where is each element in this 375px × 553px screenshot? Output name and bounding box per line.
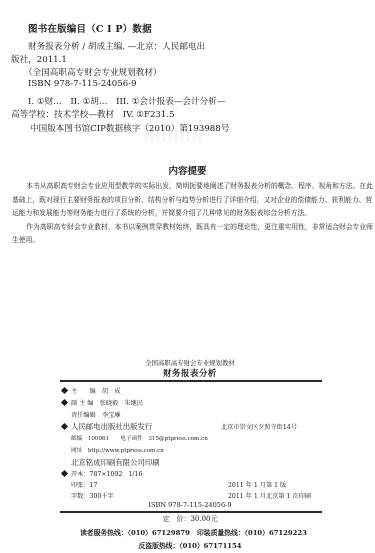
summary-paragraph-1: 本书从高职高专财会专业应用型教学的实际出发，简明扼要地阐述了财务报表分析的概念、… [12, 180, 374, 221]
responsible-label: 责任编辑 [71, 412, 96, 419]
email-label: 电子函件 [120, 436, 142, 442]
colophon-publisher-row: 人民邮电出版社出版发行 [62, 421, 152, 432]
price: 定 价：30.00元 [60, 514, 320, 524]
responsible-editor: 李宝琳 [102, 412, 121, 419]
colophon-series: 全国高职高专财会专业规划教材 [60, 358, 320, 367]
summary-body: 本书从高职高专财会专业应用型教学的实际出发，简明扼要地阐述了财务报表分析的概念、… [12, 180, 374, 248]
colophon-deputy-row: 副 主 编 张晓毅 朱继民 [62, 398, 143, 407]
colophon-top-rule [60, 380, 322, 382]
diamond-bullet-icon [61, 422, 68, 429]
postcode-label: 邮编 [71, 436, 82, 442]
colophon-isbn: ISBN 978-7-115-24056-9 [60, 501, 320, 509]
edition: 2011 年 1 月第 1 版 [228, 480, 286, 489]
colophon-book-title: 财务报表分析 [60, 367, 320, 379]
diamond-bullet-icon [61, 387, 68, 394]
colophon-web-row: 网址 http://www.ptpress.com.cn [71, 446, 164, 454]
print-quality-hotline: 印装质量热线：（010）67129223 [197, 527, 307, 537]
summary-title: 内容提要 [0, 163, 375, 177]
colophon-editor-row: 主 编 胡 成 [62, 386, 121, 395]
email: 315@ptpress.com.cn [148, 436, 208, 442]
cip-line-isbn: ISBN 978-7-115-24056-9 [28, 79, 137, 89]
publisher-address: 北京市崇文区夕照寺街14号 [221, 422, 297, 431]
editor-name: 胡 成 [102, 388, 121, 395]
cip-line-series: （全国高职高专财会专业规划教材） [24, 66, 162, 78]
web-label: 网址 [71, 448, 82, 454]
faint-stamp-mark [145, 128, 205, 142]
diamond-bullet-icon [61, 470, 68, 477]
cip-heading: 图书在版编目（C I P）数据 [28, 21, 152, 35]
diamond-bullet-icon [61, 399, 68, 406]
postcode: 100061 [88, 436, 109, 442]
colophon-contact-row: 邮编 100061 电子函件 315@ptpress.com.cn [71, 434, 208, 442]
cip-line-classification: I. ①财… II. ①胡… III. ①会计报表—会计分析— [28, 95, 225, 107]
web-address: http://www.ptpress.com.cn [88, 448, 164, 454]
reader-hotline: 读者服务热线：（010）67129879 [80, 527, 190, 537]
cip-line-title: 财务报表分析 / 胡成主编. —北京：人民邮电出 [28, 40, 205, 52]
deputy-names: 张晓毅 朱继民 [100, 400, 143, 407]
summary-paragraph-2: 作为高职高专财会专业教材，本书以案例贯穿教材始终，既具有一定的理论性，更注重实用… [12, 221, 374, 248]
word-count: 字数：300千字 [71, 491, 114, 500]
cip-line-publisher: 版社，2011.1 [11, 53, 67, 65]
colophon-format-row: 开本：787×1092 1/16 [62, 469, 142, 478]
sheets: 印张：17 [71, 480, 97, 489]
printing: 2011 年 1 月北京第 1 次印刷 [228, 491, 311, 500]
editor-label: 主 编 [71, 388, 96, 395]
publisher: 人民邮电出版社出版发行 [71, 422, 152, 431]
format: 开本：787×1092 1/16 [71, 471, 142, 478]
anti-piracy-hotline: 反盗版热线：（010）67171154 [60, 540, 320, 550]
colophon-bottom-rule [60, 511, 322, 513]
printer: 北京铭成印刷有限公司印刷 [71, 457, 160, 468]
deputy-label: 副 主 编 [71, 400, 94, 407]
cip-line-classification-cont: 高等学校：技术学校—教材 IV. ①F231.5 [11, 108, 175, 120]
colophon-responsible-row: 责任编辑 李宝琳 [71, 410, 121, 419]
